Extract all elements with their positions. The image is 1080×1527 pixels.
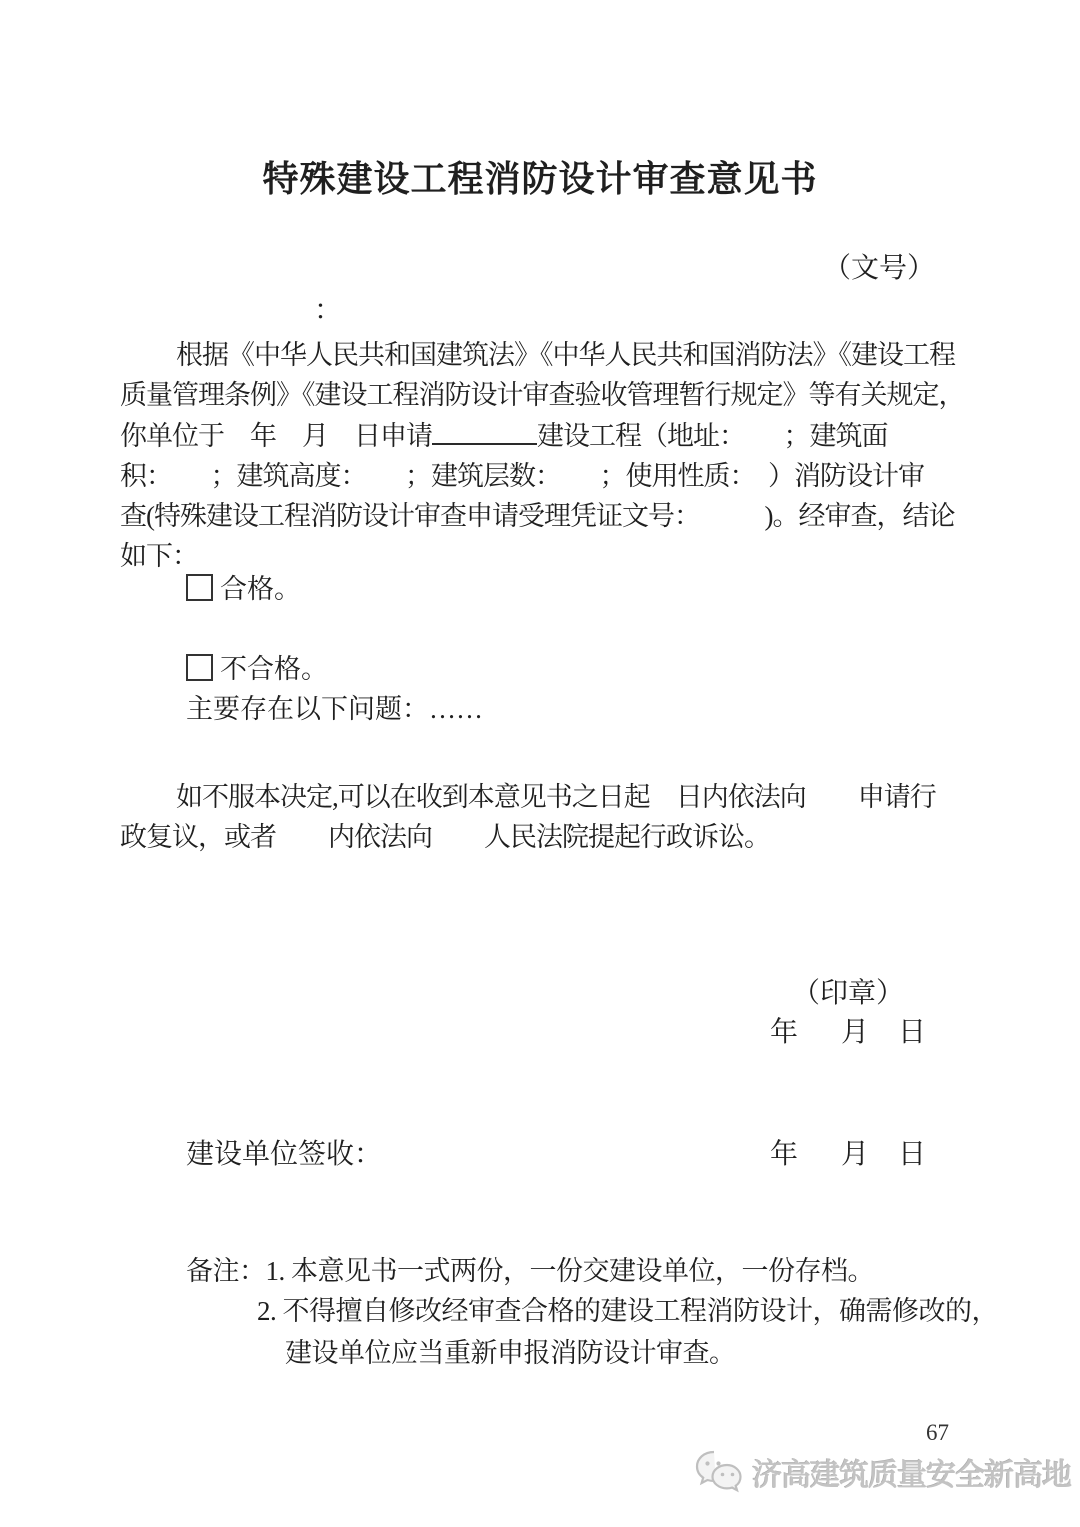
pass-checkbox[interactable] — [186, 574, 213, 601]
month-label: 月 — [841, 1139, 869, 1170]
appeal-line: 如不服本决定,可以在收到本意见书之日起 日内依法向 申请行 — [120, 777, 1020, 817]
paragraph-line: 如下： — [120, 536, 1020, 576]
main-paragraph: 根据《中华人民共和国建筑法》《中华人民共和国消防法》《建设工程 质量管理条例》《… — [120, 335, 1020, 576]
page-number: 67 — [926, 1420, 949, 1446]
day-label: 日 — [898, 1017, 926, 1048]
sign-date-line: 年月日 — [770, 1132, 926, 1172]
seal-placeholder: （印章） — [792, 971, 904, 1011]
watermark-text: 济高建筑质量安全新高地 — [752, 1450, 1071, 1494]
paragraph-text: 你单位于 年 月 日申请 — [120, 421, 432, 451]
conclusion-fail-row: 不合格。 — [186, 651, 328, 687]
issue-date-line: 年月日 — [770, 1010, 926, 1050]
month-label: 月 — [841, 1017, 869, 1048]
sign-receipt-label: 建设单位签收： — [186, 1132, 382, 1172]
fill-in-blank[interactable] — [432, 415, 537, 445]
paragraph-line: 质量管理条例》《建设工程消防设计审查验收管理暂行规定》等有关规定， — [120, 375, 1020, 415]
salutation-colon: ： — [314, 293, 342, 329]
day-label: 日 — [898, 1139, 926, 1170]
year-label: 年 — [770, 1017, 798, 1048]
note-line-1: 备注：1. 本意见书一式两份，一份交建设单位，一份存档。 — [186, 1252, 874, 1290]
doc-number-label: （文号） — [823, 250, 935, 288]
paragraph-line: 根据《中华人民共和国建筑法》《中华人民共和国消防法》《建设工程 — [120, 335, 1020, 375]
note-line-3: 建设单位应当重新申报消防设计审查。 — [285, 1334, 736, 1372]
problems-line: 主要存在以下问题：…… — [186, 691, 483, 727]
appeal-paragraph: 如不服本决定,可以在收到本意见书之日起 日内依法向 申请行 政复议，或者 内依法… — [120, 777, 1020, 857]
document-page: 特殊建设工程消防设计审查意见书 （文号） ： 根据《中华人民共和国建筑法》《中华… — [0, 0, 1080, 1527]
paragraph-line: 积： ；建筑高度： ；建筑层数： ；使用性质： ）消防设计审 — [120, 456, 1020, 496]
paragraph-line: 你单位于 年 月 日申请建设工程（地址： ；建筑面 — [120, 415, 1020, 456]
appeal-line: 政复议，或者 内依法向 人民法院提起行政诉讼。 — [120, 817, 1020, 857]
note-line-2: 2. 不得擅自修改经审查合格的建设工程消防设计，确需修改的， — [257, 1292, 998, 1330]
pass-label: 合格。 — [220, 574, 301, 604]
wechat-icon — [694, 1448, 746, 1496]
conclusion-pass-row: 合格。 — [186, 571, 301, 607]
page-title: 特殊建设工程消防设计审查意见书 — [0, 156, 1080, 202]
paragraph-line: 查(特殊建设工程消防设计审查申请受理凭证文号： )。经审查，结论 — [120, 496, 1020, 536]
fail-label: 不合格。 — [220, 654, 328, 684]
year-label: 年 — [770, 1139, 798, 1170]
footer-watermark: 济高建筑质量安全新高地 — [694, 1448, 1071, 1496]
paragraph-text: 建设工程（地址： ；建筑面 — [537, 421, 888, 451]
fail-checkbox[interactable] — [186, 654, 213, 681]
